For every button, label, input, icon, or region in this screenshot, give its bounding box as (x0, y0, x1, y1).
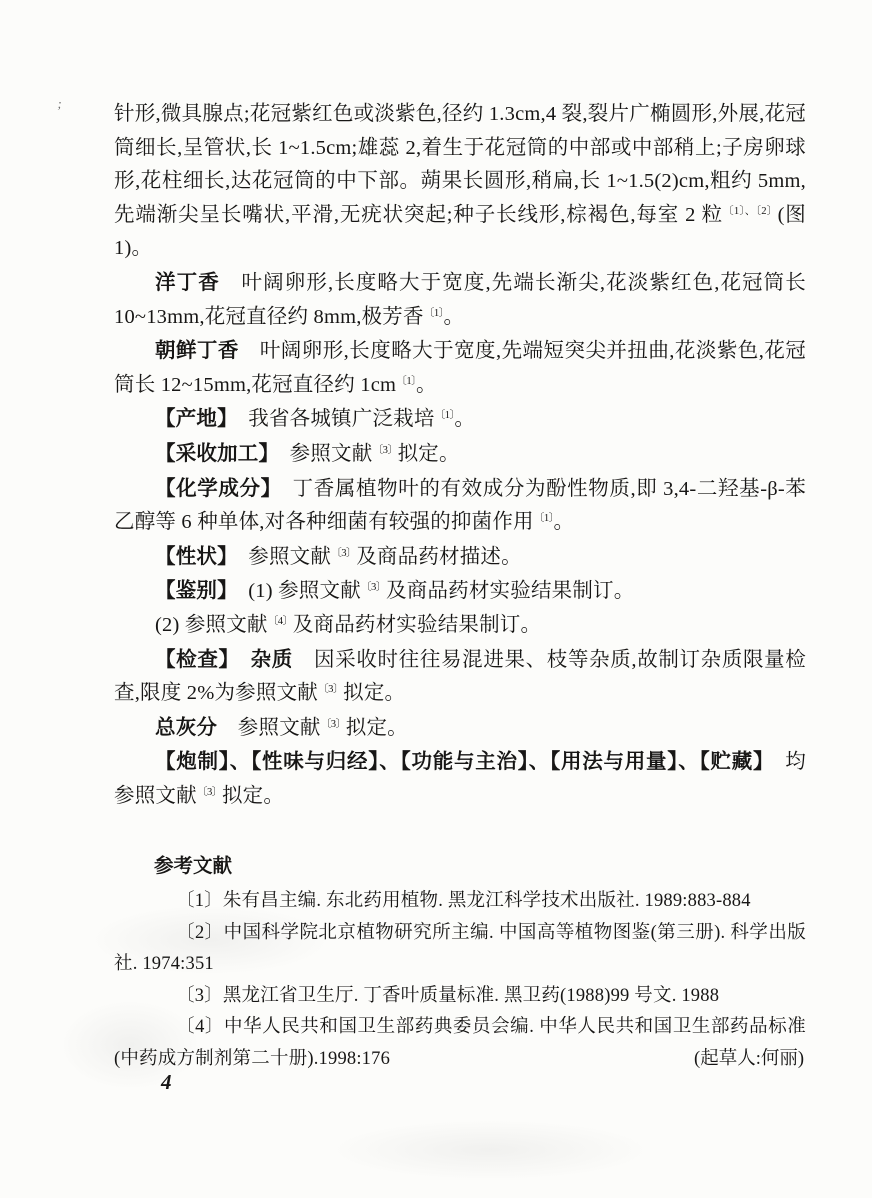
paragraph: 【炮制】、【性味与归经】、【功能与主治】、【用法与用量】、【贮藏】 均参照文献〔… (114, 745, 806, 813)
reference-superscript: 〔3〕 (372, 445, 397, 456)
paragraph: 总灰分 参照文献〔3〕拟定。 (114, 711, 806, 746)
paragraph: 朝鲜丁香 叶阔卵形,长度略大于宽度,先端短突尖并扭曲,花淡紫色,花冠筒长 12~… (114, 334, 806, 402)
reference-superscript: 〔1〕 (424, 308, 444, 319)
reference-superscript: 〔3〕 (331, 548, 356, 559)
paragraph: 【性状】 参照文献〔3〕及商品药材描述。 (114, 540, 806, 575)
paragraph: 【鉴别】 (1) 参照文献〔3〕及商品药材实验结果制订。 (114, 574, 806, 609)
reference-superscript: 〔4〕 (268, 616, 293, 627)
scan-smudge (330, 1120, 650, 1180)
reference-superscript: 〔3〕 (318, 684, 343, 695)
paragraph: 针形,微具腺点;花冠紫红色或淡紫色,径约 1.3cm,4 裂,裂片广椭圆形,外展… (114, 98, 806, 266)
reference-superscript: 〔1〕、〔2〕 (723, 206, 778, 217)
reference-item: 〔2〕中国科学院北京植物研究所主编. 中国高等植物图鉴(第三册). 科学出版社.… (114, 918, 806, 981)
page-number: 4 (161, 1070, 172, 1095)
reference-superscript: 〔1〕 (435, 410, 455, 421)
references-header: 参考文献 (154, 850, 806, 881)
paragraph: 【采收加工】 参照文献〔3〕拟定。 (114, 437, 806, 472)
reference-item: 〔3〕黑龙江省卫生厅. 丁香叶质量标准. 黑卫药(1988)99 号文. 198… (114, 981, 806, 1013)
paragraph: 【化学成分】 丁香属植物叶的有效成分为酚性物质,即 3,4-二羟基-β-苯乙醇等… (114, 472, 806, 540)
page-content: 针形,微具腺点;花冠紫红色或淡紫色,径约 1.3cm,4 裂,裂片广椭圆形,外展… (114, 98, 806, 1075)
reference-superscript: 〔3〕 (197, 787, 222, 798)
document-page: ; 针形,微具腺点;花冠紫红色或淡紫色,径约 1.3cm,4 裂,裂片广椭圆形,… (0, 0, 872, 1198)
body-text: 针形,微具腺点;花冠紫红色或淡紫色,径约 1.3cm,4 裂,裂片广椭圆形,外展… (114, 98, 806, 813)
reference-superscript: 〔1〕 (396, 376, 416, 387)
scan-stray-mark: ; (57, 96, 63, 112)
reference-superscript: 〔1〕 (534, 513, 554, 524)
reference-item: 〔1〕朱有昌主编. 东北药用植物. 黑龙江科学技术出版社. 1989:883-8… (114, 886, 806, 918)
reference-superscript: 〔3〕 (361, 582, 386, 593)
references-section: 参考文献 〔1〕朱有昌主编. 东北药用植物. 黑龙江科学技术出版社. 1989:… (114, 850, 806, 1075)
reference-superscript: 〔3〕 (321, 719, 346, 730)
paragraph: 【检查】 杂质 因采收时往往易混进果、枝等杂质,故制订杂质限量检查,限度 2%为… (114, 643, 806, 711)
paragraph: 【产地】 我省各城镇广泛栽培〔1〕。 (114, 402, 806, 437)
paragraph: (2) 参照文献〔4〕及商品药材实验结果制订。 (114, 609, 806, 643)
paragraph: 洋丁香 叶阔卵形,长度略大于宽度,先端长渐尖,花淡紫红色,花冠筒长 10~13m… (114, 266, 806, 334)
